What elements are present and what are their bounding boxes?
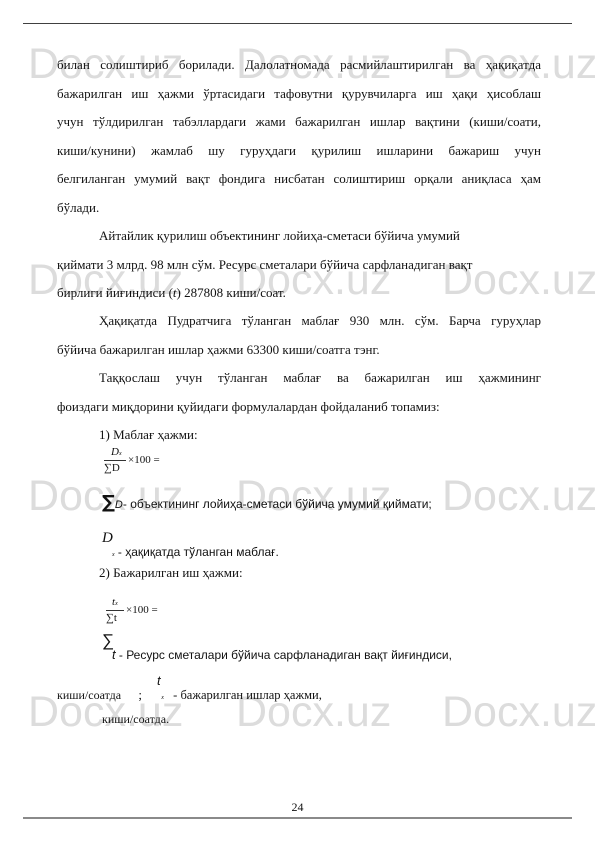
text-line: учун тўлдирилган табэллардаги жами бажар… — [57, 108, 541, 137]
text-line: қиймати 3 млрд. 98 млн сўм. Ресурс смета… — [57, 251, 541, 280]
variable-t: t — [112, 647, 116, 662]
watermark-text: Docx.uz — [442, 476, 595, 516]
header-rule — [23, 23, 572, 24]
variable-d: D — [115, 499, 123, 511]
paragraph-actual-payment: Ҳақиқатда Пудратчига тўланган маблағ 930… — [57, 307, 541, 364]
text-line: бажарилган иш ҳажми ўртасидаги тафовутни… — [57, 80, 541, 109]
unit-text: киши/соатда — [57, 688, 121, 702]
definition-sum-d: ∑D- объектининг лойиҳа-сметаси бўйича ум… — [102, 489, 432, 520]
paragraph-example: Айтайлик қурилиш объектининг лойиҳа-смет… — [57, 222, 541, 308]
definition-sum-t-text: t - Ресурс сметалари бўйича сарфланадига… — [112, 645, 452, 665]
formula-denominator: ∑t — [106, 611, 117, 625]
separator: ; — [124, 687, 142, 702]
text-line: фоиздаги миқдорини қуйидаги формулаларда… — [57, 393, 541, 422]
formula-tail: ×100 = — [128, 453, 160, 467]
text-line: бўлади. — [57, 194, 541, 223]
paragraph-formula-intro: Таққослаш учун тўланган маблағ ва бажари… — [57, 364, 541, 421]
footer-rule — [23, 817, 572, 819]
definition-text: - объектининг лойиҳа-сметаси бўйича умум… — [123, 497, 432, 511]
subscript-x: x — [102, 552, 115, 558]
text-line: Айтайлик қурилиш объектининг лойиҳа-смет… — [57, 222, 541, 251]
text-line: бирлиги йиғиндиси (t) 287808 киши/соат. — [57, 279, 541, 308]
definition-d-x: D — [102, 531, 113, 545]
text-line: киши/кунини) жамлаб шу гуруҳдаги қурилиш… — [57, 137, 541, 166]
text-segment: бирлиги йиғиндиси ( — [57, 285, 173, 300]
sigma-icon: ∑ — [102, 492, 115, 513]
text-segment: ) 287808 киши/соат. — [177, 285, 286, 300]
subscript-x: x — [145, 695, 164, 701]
text-line: билан солиштириб борилади. Далолатномада… — [57, 51, 541, 80]
definition-t-x: киши/соатда ; x - бажарилган ишлар ҳажми… — [57, 687, 322, 706]
text-line: бўйича бажарилган ишлар ҳажми 63300 киши… — [57, 336, 541, 365]
watermark-text: Docx.uz — [442, 692, 595, 732]
page-number: 24 — [0, 800, 595, 815]
text-line: Таққослаш учун тўланган маблағ ва бажари… — [57, 364, 541, 393]
text-line: Ҳақиқатда Пудратчига тўланган маблағ 930… — [57, 307, 541, 336]
paragraph-comparison-method: билан солиштириб борилади. Далолатномада… — [57, 51, 541, 222]
definition-text: - ҳақиқатда тўланган маблағ. — [118, 545, 279, 559]
variable-t: t — [157, 673, 161, 688]
definition-t-x-continuation: киши/соатда. — [102, 711, 169, 727]
text-line: белгиланган умумий вақт фондига нисбатан… — [57, 165, 541, 194]
definition-text: - бажарилган ишлар ҳажми, — [167, 688, 322, 702]
formula-numerator: tx — [112, 595, 118, 611]
formula-tail: ×100 = — [126, 603, 158, 617]
definition-text: - Ресурс сметалари бўйича сарфланадиган … — [119, 648, 452, 662]
formula-numerator: Dx — [111, 445, 122, 461]
formula-denominator: ∑D — [104, 461, 120, 475]
item-2-label: 2) Бажарилган иш ҳажми: — [99, 559, 243, 587]
